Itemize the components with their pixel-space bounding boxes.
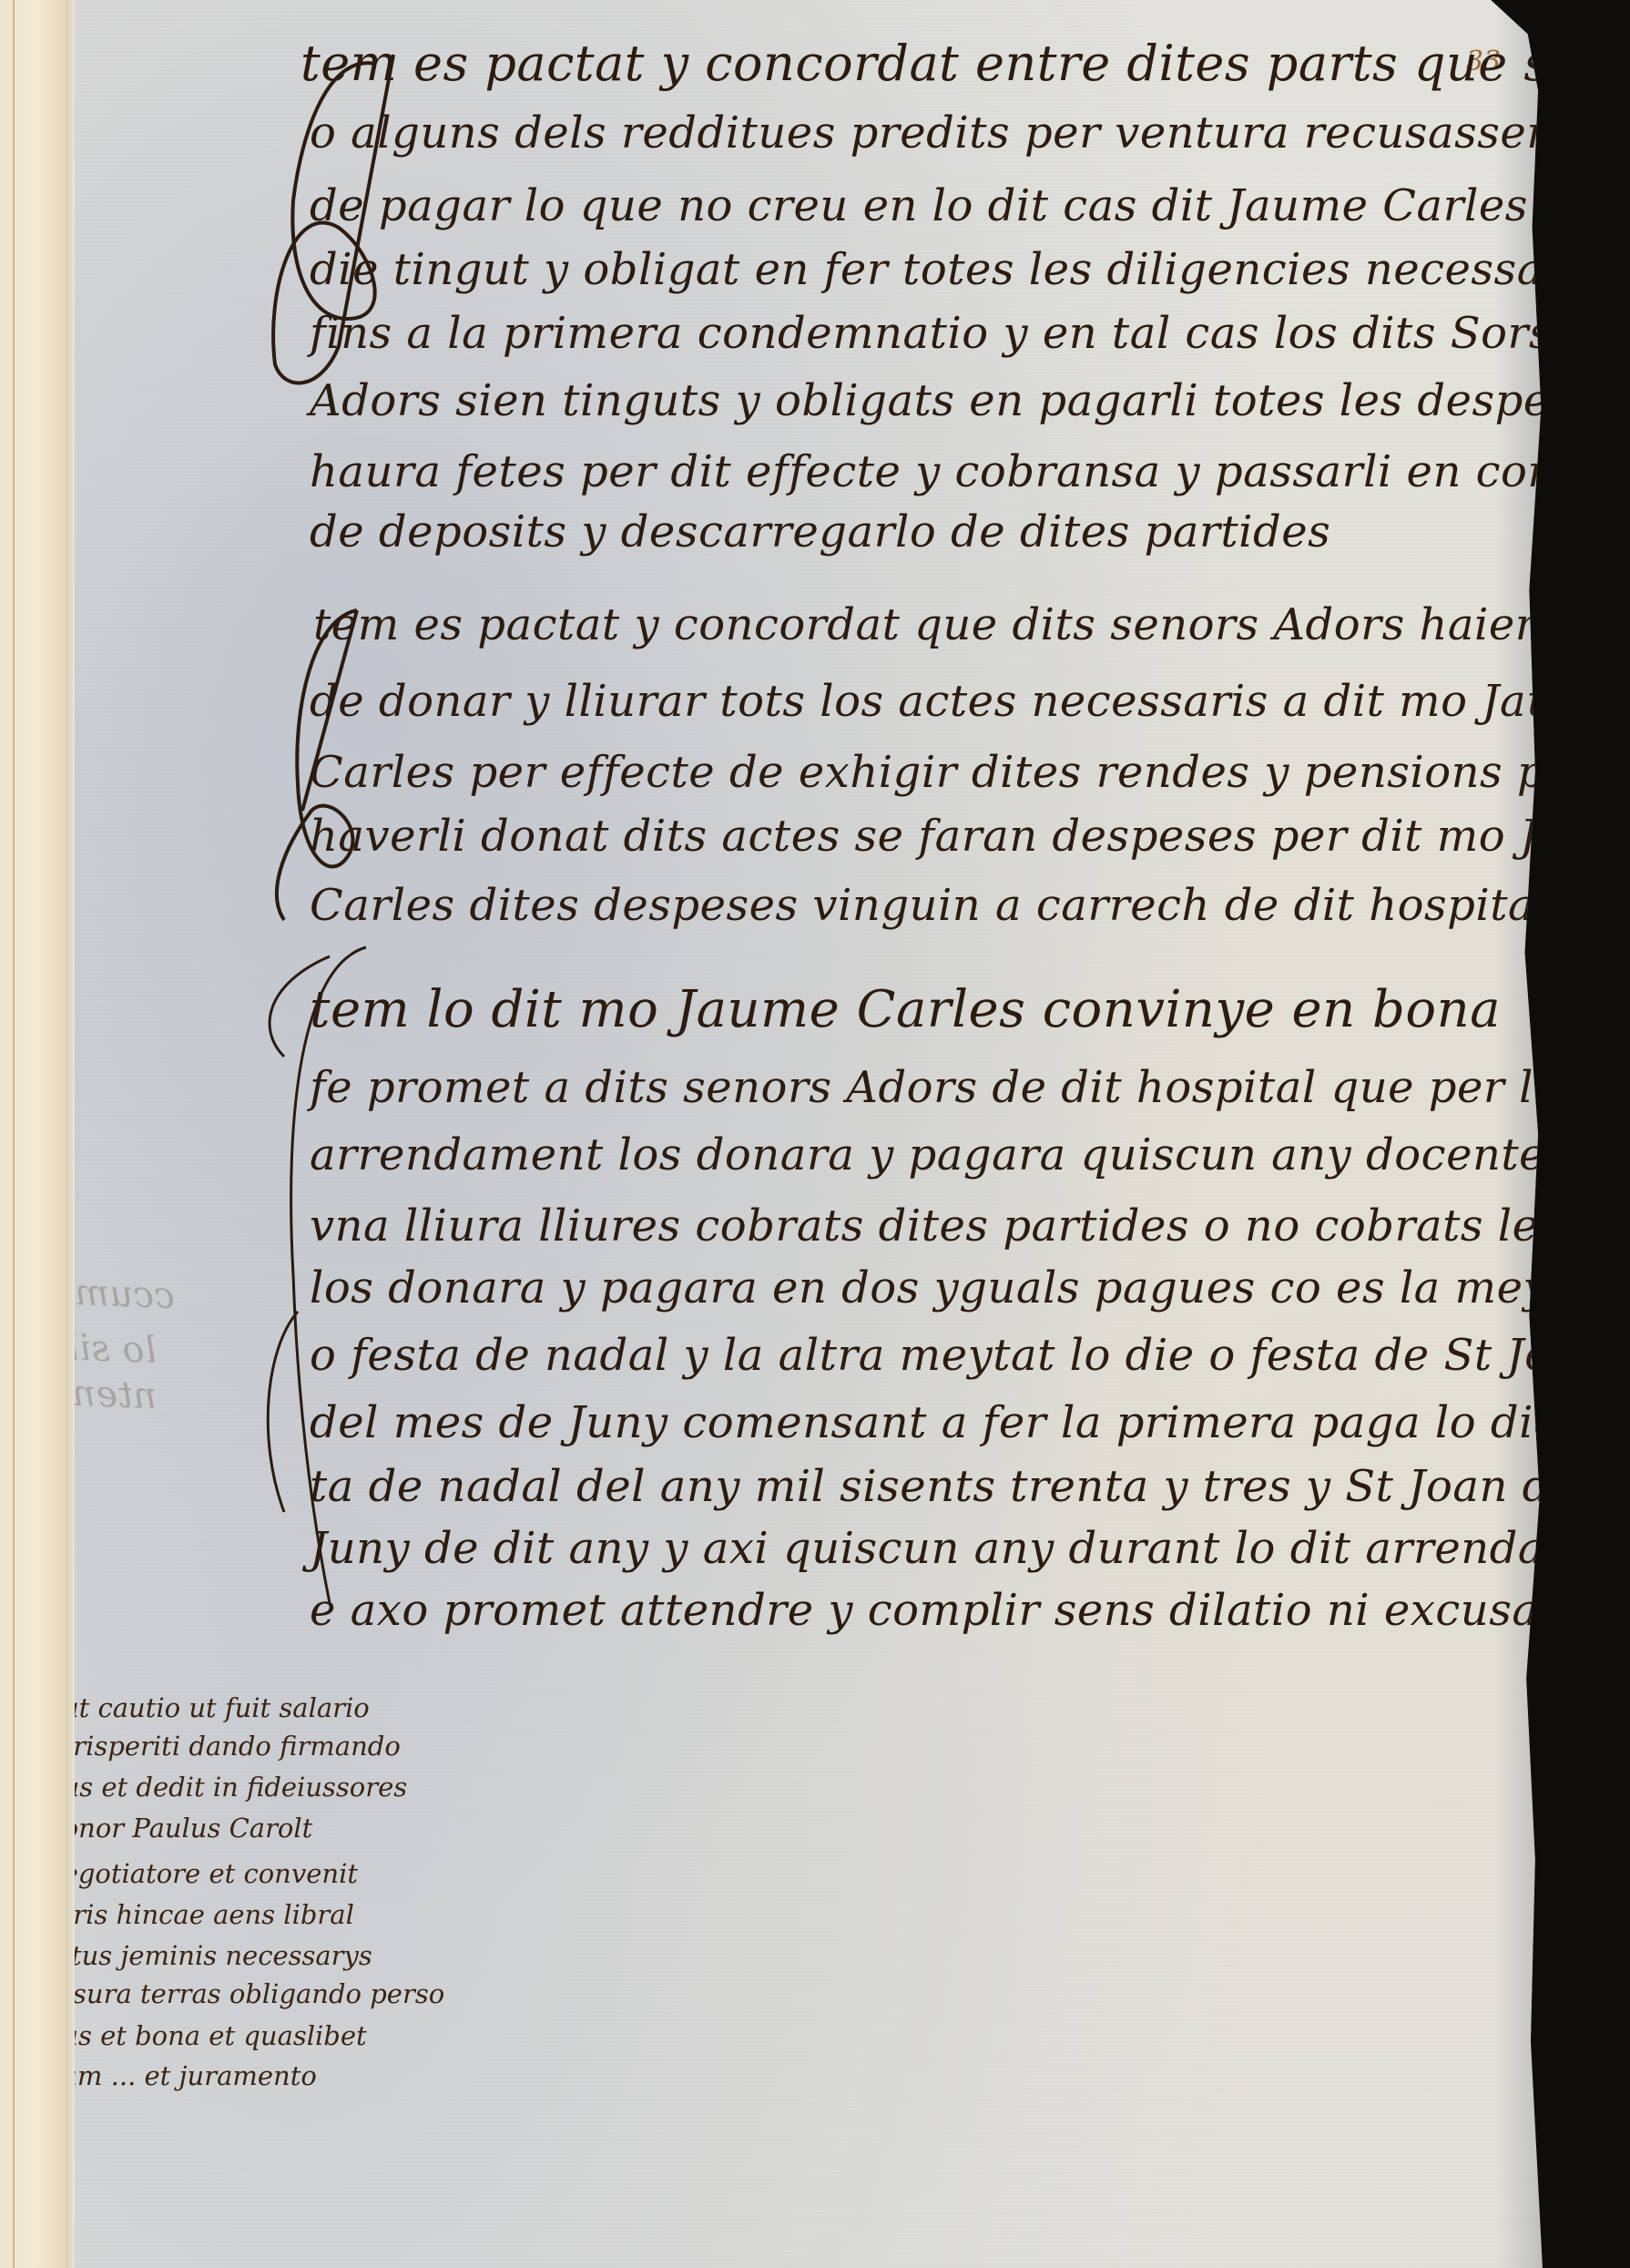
marginal-note-line-9: nas et bona et quaslibet [46, 2020, 367, 2051]
marginal-note-line-4: honor Paulus Carolt [46, 1813, 312, 1844]
marginal-note-line-1: fiat cautio ut fuit salario [46, 1692, 370, 1723]
marginal-note-line-5: negotiatore et convenit [46, 1858, 358, 1889]
marginal-note-line-3: dus et dedit in fideiussores [46, 1772, 407, 1803]
manuscript-folio: 33 ccumv lo sib ewer ntensaft tem es pac… [75, 0, 1550, 2268]
gutter-shadow [66, 0, 75, 2268]
marginal-note-line-8: Ipsura terras obligando perso [46, 1978, 444, 2009]
gutter-rule [13, 0, 15, 2268]
marginal-note: fiat cautio ut fuit salario Jurisperiti … [75, 0, 1550, 2268]
marginal-note-line-7: intus jeminis necessarys [46, 1940, 372, 1971]
marginal-note-line-6: Juris hincae aens libral [46, 1899, 354, 1930]
marginal-note-line-10: cum ... et juramento [46, 2060, 317, 2091]
marginal-note-line-2: Jurisperiti dando firmando [46, 1731, 401, 1762]
previous-leaf-edge [0, 0, 66, 2268]
